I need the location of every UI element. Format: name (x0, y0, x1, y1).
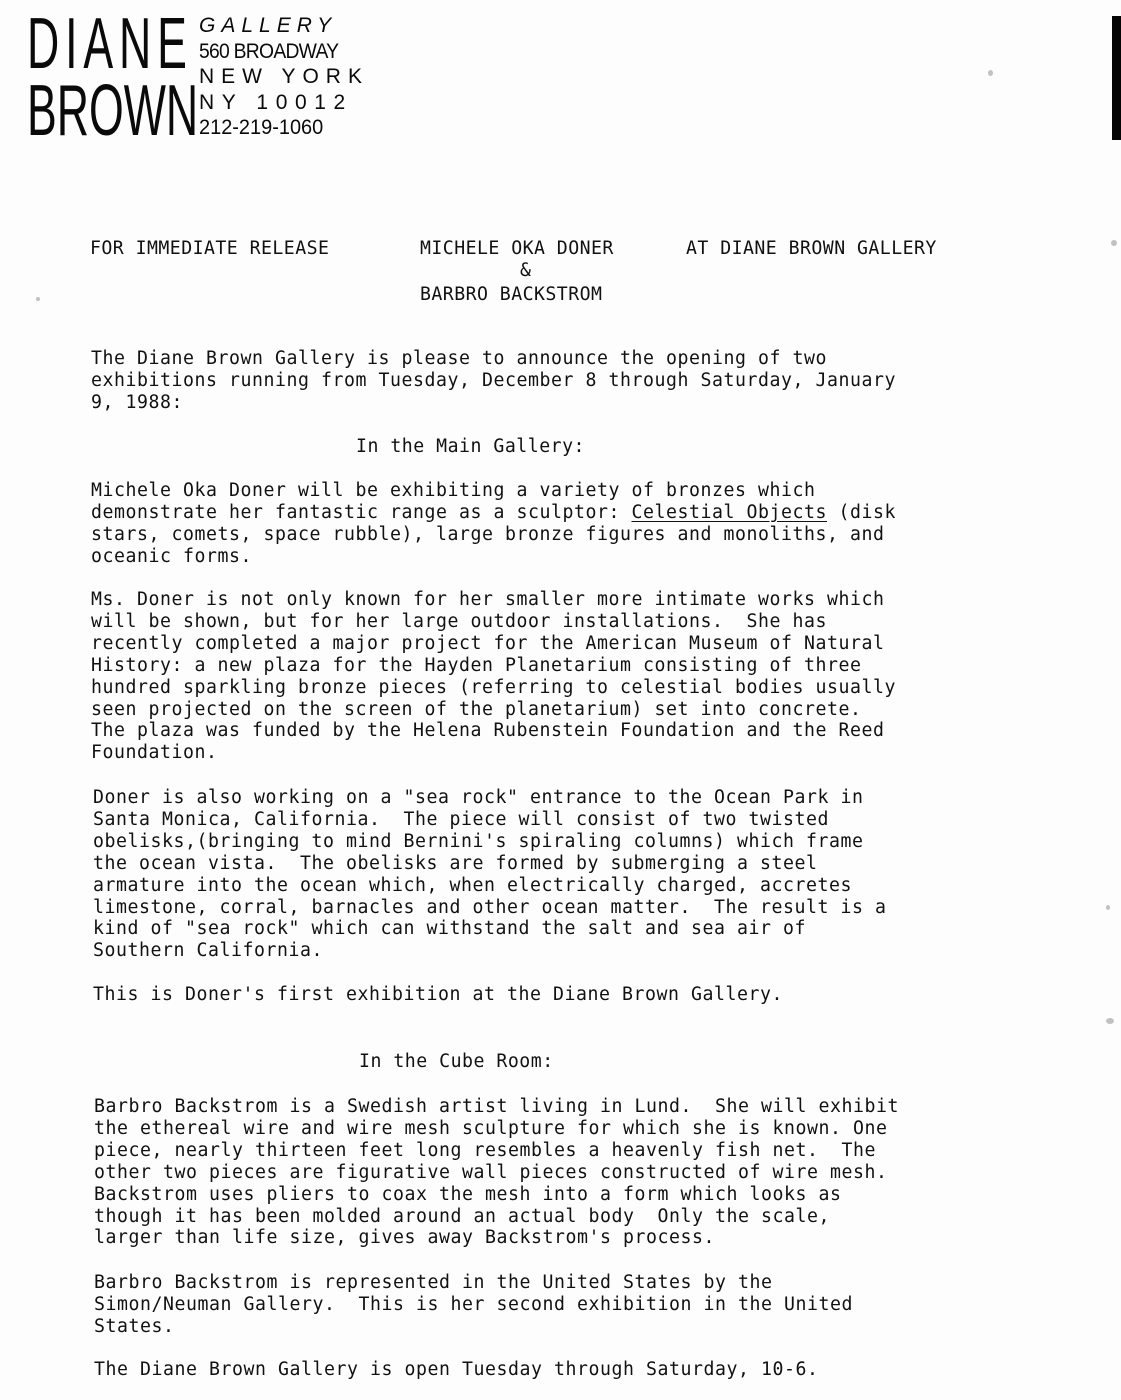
address-state-zip: NY 10012 (199, 90, 369, 116)
logo-letter: R (57, 78, 89, 145)
logo-letter: W (124, 78, 166, 145)
scan-speck (1111, 240, 1117, 246)
doner-paragraph-1: Michele Oka Doner will be exhibiting a v… (91, 480, 896, 568)
headline-artist-2: BARBRO BACKSTROM (420, 284, 602, 306)
doner-paragraph-4: This is Doner's first exhibition at the … (93, 984, 783, 1006)
logo-letter: A (83, 11, 113, 78)
logo-letter: N (166, 78, 198, 145)
section-heading-cube-room: In the Cube Room: (359, 1051, 554, 1073)
celestial-objects-title: Celestial Objects (632, 502, 828, 523)
scan-speck (1106, 905, 1110, 910)
headline-artist-1: MICHELE OKA DONER (420, 238, 614, 260)
address-city: NEW YORK (199, 64, 369, 90)
headline-venue: AT DIANE BROWN GALLERY (686, 238, 937, 260)
logo-letter: E (157, 11, 187, 78)
logo-letter: N (119, 11, 151, 78)
gallery-hours: The Diane Brown Gallery is open Tuesday … (94, 1359, 819, 1381)
address-gallery: GALLERY (199, 13, 369, 39)
logo-word-diane: D I A N E (27, 11, 187, 78)
logo-letter: D (27, 11, 59, 78)
scan-speck (36, 297, 40, 301)
scan-speck (1106, 1018, 1114, 1024)
gallery-logo: D I A N E B R O W N (27, 11, 187, 145)
section-heading-main-gallery: In the Main Gallery: (356, 436, 585, 458)
logo-letter: B (27, 78, 57, 145)
release-label: FOR IMMEDIATE RELEASE (90, 238, 329, 260)
doner-paragraph-2: Ms. Doner is not only known for her smal… (91, 589, 896, 764)
letterhead-address: GALLERY 560 BROADWAY NEW YORK NY 10012 2… (199, 13, 369, 141)
backstrom-paragraph-2: Barbro Backstrom is represented in the U… (94, 1272, 853, 1338)
scan-edge-bar (1112, 16, 1121, 140)
address-phone: 212-219-1060 (199, 115, 360, 141)
logo-word-brown: B R O W N (27, 78, 187, 145)
logo-letter: I (65, 11, 77, 78)
headline-ampersand: & (520, 260, 531, 282)
address-street: 560 BROADWAY (199, 39, 355, 65)
scan-speck (988, 70, 993, 76)
backstrom-paragraph-1: Barbro Backstrom is a Swedish artist liv… (94, 1096, 899, 1249)
intro-paragraph: The Diane Brown Gallery is please to ann… (91, 348, 896, 414)
logo-letter: O (89, 78, 124, 145)
doner-paragraph-3: Doner is also working on a "sea rock" en… (93, 787, 887, 962)
